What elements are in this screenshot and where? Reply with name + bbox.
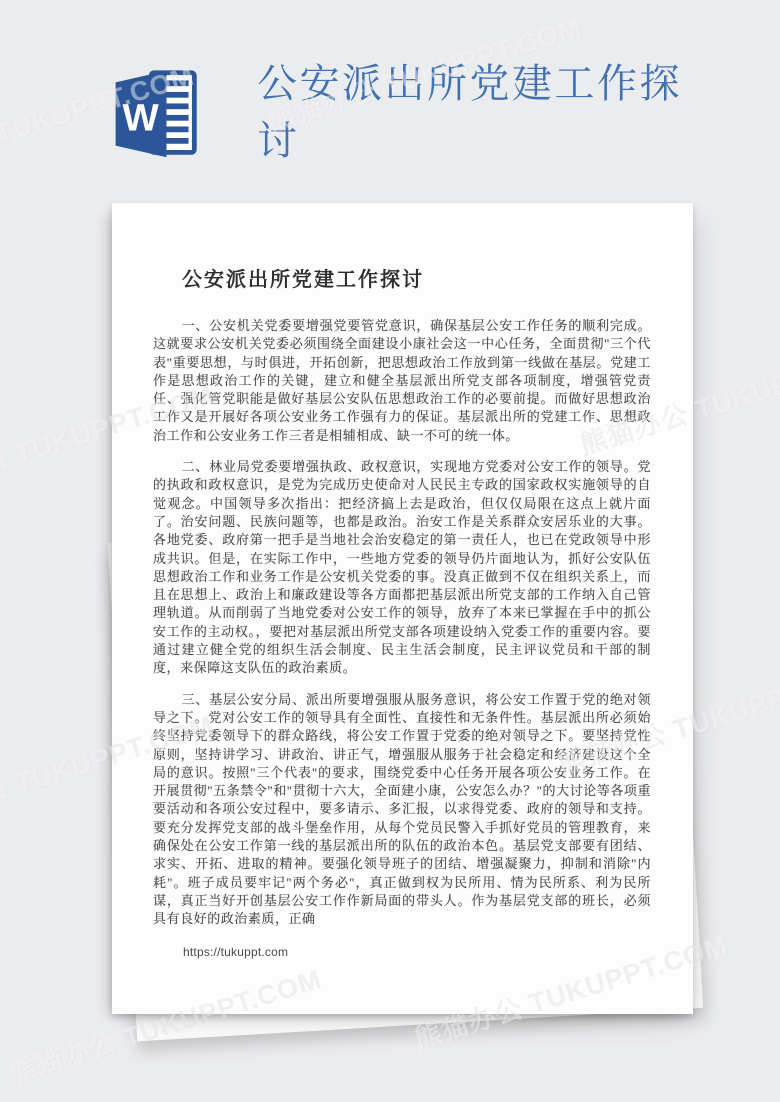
word-file-icon: W [106,66,202,162]
document-paragraph-2: 二、林业局党委要增强执政、政权意识，实现地方党委对公安工作的领导。党的执政和政权… [153,458,651,678]
document-body: 一、公安机关党委要增强党要管党意识，确保基层公安工作任务的顺利完成。这就要求公安… [153,317,651,959]
page-canvas: 熊猫办公 TUKUPPT.COM熊猫办公 TUKUPPT.COM熊猫办公 TUK… [0,0,780,1102]
document-paragraph-3: 三、基层公安分局、派出所要增强服从服务意识，将公安工作置于党的绝对领导之下。党对… [153,691,651,929]
svg-text:W: W [122,96,159,139]
document-footer-url: https://tukuppt.com [183,945,651,959]
document-title: 公安派出所党建工作探讨 [182,263,651,292]
document-page: 公安派出所党建工作探讨 一、公安机关党委要增强党要管党意识，确保基层公安工作任务… [112,203,693,1014]
word-file-icon-svg: W [106,66,202,162]
page-title: 公安派出所党建工作探讨 [257,56,709,170]
document-paragraph-1: 一、公安机关党委要增强党要管党意识，确保基层公安工作任务的顺利完成。这就要求公安… [153,317,651,445]
